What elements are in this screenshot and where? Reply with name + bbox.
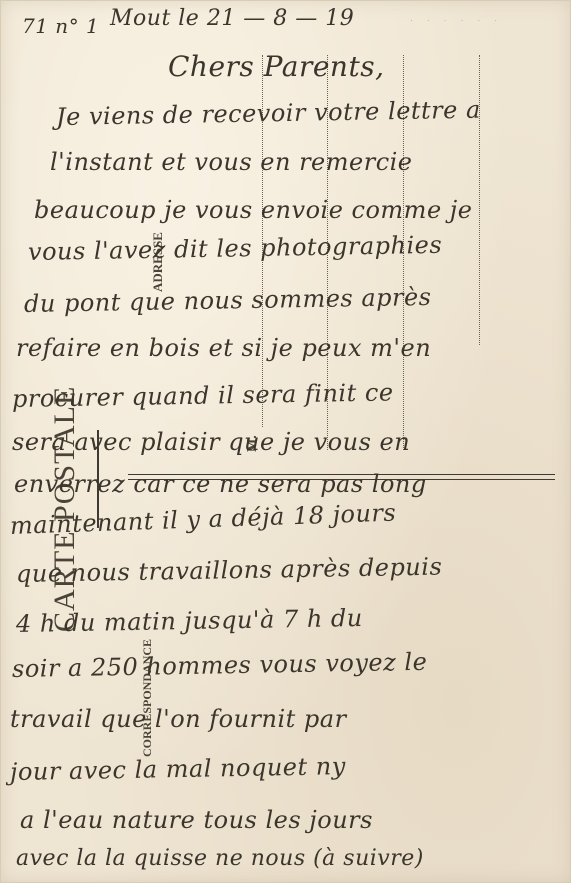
- handwritten-salutation: Chers Parents,: [168, 50, 384, 83]
- faint-printed-header: · · · · · ·: [410, 16, 503, 25]
- handwritten-line-14: travail que l'on fournit par: [10, 705, 347, 733]
- handwritten-line-11: que nous travaillons après depuis: [16, 553, 443, 588]
- handwritten-line-8: sera avec plaisir que je vous en: [12, 428, 410, 456]
- handwritten-line-12: 4 h du matin jusqu'à 7 h du: [16, 604, 363, 638]
- handwritten-line-3: beaucoup je vous envoie comme je: [34, 196, 472, 224]
- handwritten-line-16: a l'eau nature tous les jours: [20, 806, 373, 834]
- handwritten-line-9: enverrez car ce ne sera pas long: [14, 470, 427, 498]
- handwritten-line-4: vous l'avez dit les photographies: [28, 231, 443, 266]
- handwritten-line-5: du pont que nous sommes après: [24, 283, 432, 318]
- handwritten-line-2: l'instant et vous en remercie: [50, 148, 413, 176]
- handwritten-line-15: jour avec la mal noquet ny: [10, 752, 346, 786]
- handwritten-line-6: refaire en bois et si je peux m'en: [16, 334, 431, 362]
- handwritten-line-7: procurer quand il sera finit ce: [12, 378, 394, 413]
- handwritten-line-17: avec la la quisse ne nous (à suivre): [16, 846, 424, 871]
- handwritten-number: 71 n° 1: [22, 14, 99, 38]
- handwritten-line-13: soir a 250 hommes vous voyez le: [12, 648, 428, 683]
- handwritten-line-1: Je viens de recevoir votre lettre a: [56, 96, 481, 131]
- handwritten-date: Mout le 21 — 8 — 19: [110, 6, 354, 31]
- postcard-back: · · · · · · CARTE POSTALE ADRESSE CORRES…: [0, 0, 571, 883]
